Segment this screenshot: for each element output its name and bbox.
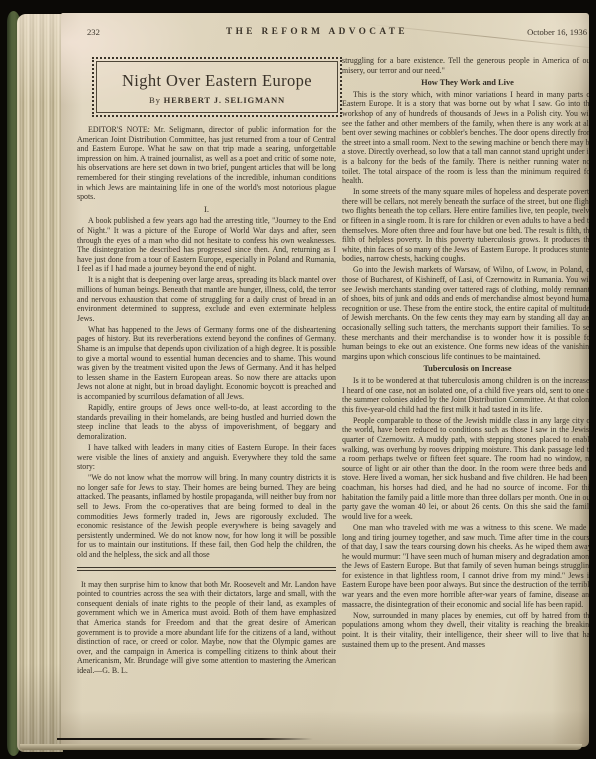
journal-title: THE REFORM ADVOCATE xyxy=(87,27,547,37)
footnote: It may then surprise him to know that bo… xyxy=(77,580,336,676)
paragraph: One man who traveled with me was a witne… xyxy=(342,523,589,609)
article-title-box-inner: Night Over Eastern Europe By HERBERT J. … xyxy=(96,61,338,113)
footnote-text: It may then surprise him to know that bo… xyxy=(77,580,336,676)
page-edge-stack xyxy=(17,14,63,752)
paragraph: In some streets of the many square miles… xyxy=(342,187,589,264)
section-heading-work-and-live: How They Work and Live xyxy=(342,78,589,88)
author-name: HERBERT J. SELIGMANN xyxy=(164,95,285,105)
paragraph: A book published a few years ago had the… xyxy=(77,216,336,274)
left-column: EDITOR'S NOTE: Mr. Seligmann, director o… xyxy=(77,125,336,677)
lower-page-edge-line xyxy=(57,738,313,740)
article-title: Night Over Eastern Europe xyxy=(101,71,333,91)
paragraph: "We do not know what the morrow will bri… xyxy=(77,473,336,559)
magazine-page: 232 THE REFORM ADVOCATE October 16, 1936… xyxy=(61,13,589,747)
running-head: 232 THE REFORM ADVOCATE October 16, 1936 xyxy=(87,27,587,37)
footnote-divider xyxy=(77,567,336,571)
book-scan: 232 THE REFORM ADVOCATE October 16, 1936… xyxy=(0,0,596,759)
section-heading-tuberculosis: Tuberculosis on Increase xyxy=(342,364,589,374)
continuation-paragraph: struggling for a bare existence. Tell th… xyxy=(342,56,589,75)
paragraph: Go into the Jewish markets of Warsaw, of… xyxy=(342,265,589,361)
bottom-page-edge xyxy=(20,744,582,750)
paragraph: This is the story which, with minor vari… xyxy=(342,90,589,186)
paragraph: What has happened to the Jews of Germany… xyxy=(77,325,336,402)
editor-note: EDITOR'S NOTE: Mr. Seligmann, director o… xyxy=(77,125,336,202)
section-numeral: I. xyxy=(77,205,336,215)
paragraph: People comparable to those of the Jewish… xyxy=(342,416,589,522)
paragraph: Rapidly, entire groups of Jews once well… xyxy=(77,403,336,441)
right-column: struggling for a bare existence. Tell th… xyxy=(342,56,589,651)
article-title-box: Night Over Eastern Europe By HERBERT J. … xyxy=(92,57,342,117)
article-byline: By HERBERT J. SELIGMANN xyxy=(101,95,333,105)
paragraph: Now, surrounded in many places by enemie… xyxy=(342,611,589,649)
paragraph: I have talked with leaders in many citie… xyxy=(77,443,336,472)
paragraph: It is a night that is deepening over lar… xyxy=(77,275,336,323)
byline-prefix: By xyxy=(149,95,161,105)
paragraph: Is it to be wondered at that tuberculosi… xyxy=(342,376,589,414)
